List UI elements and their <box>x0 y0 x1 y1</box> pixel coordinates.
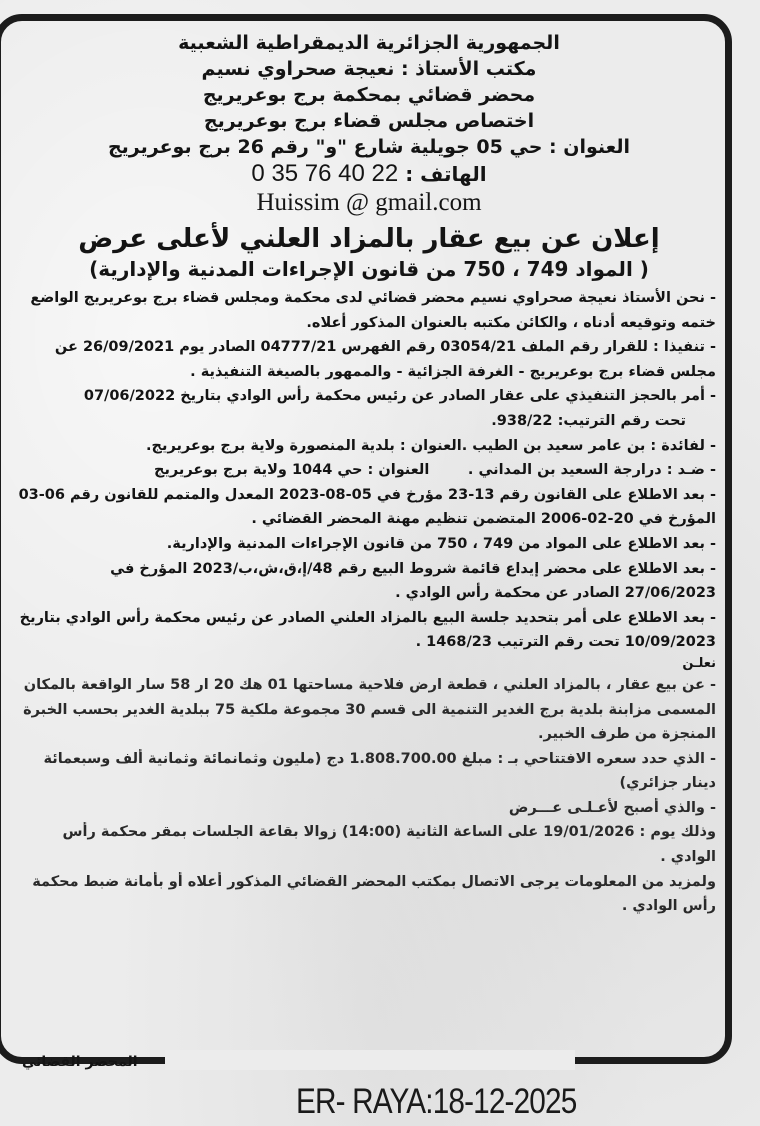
office-address: العنوان : حي 05 جويلية شارع "و" رقم 26 ب… <box>14 134 724 160</box>
email-address: Huissim @ gmail.com <box>14 188 724 218</box>
jurisdiction: اختصاص مجلس قضاء برج بوعريريج <box>14 108 724 134</box>
sale-session-order: - بعد الاطلاع على أمر بتحديد جلسة البيع … <box>14 606 716 655</box>
office-name: مكتب الأستاذ : نعيجة صحراوي نسيم <box>14 56 724 82</box>
phone-label: الهاتف : <box>405 162 486 186</box>
property-description: - عن بيع عقار ، بالمزاد العلني ، قطعة ار… <box>14 673 716 747</box>
bailiff-signature: المحضر القضائي <box>22 1054 138 1070</box>
newspaper-date-stamp: ER- RAYA:18-12-2025 <box>296 1082 576 1122</box>
phone-number: 0 35 76 40 22 <box>251 160 398 187</box>
notice-body: - نحن الأستاذ نعيجة صحراوي نسيم محضر قضا… <box>14 286 724 919</box>
republic-name: الجمهورية الجزائرية الديمقراطية الشعبية <box>14 30 724 56</box>
law-reference: - بعد الاطلاع على القانون رقم 13-23 مؤرخ… <box>14 483 716 532</box>
beneficiary-address: العنوان : بلدية المنصورة ولاية برج بوعري… <box>6 434 462 459</box>
bailiff-court: محضر قضائي بمحكمة برج بوعريريج <box>14 82 724 108</box>
seizure-order: - أمر بالحجز التنفيذي على عقار الصادر عن… <box>14 384 716 409</box>
beneficiary-name: - لفائدة : بن عامر سعيد بن الطيب . <box>462 434 716 459</box>
defendant-address: العنوان : حي 1044 ولاية برج بوعريريج <box>14 458 429 483</box>
defendant-name: - ضـد : درارجة السعيد بن المداني . <box>468 458 716 483</box>
announce-label: نعلـن <box>14 655 716 673</box>
seizure-order-number: تحت رقم الترتيب: 938/22. <box>14 409 716 434</box>
footer-border-gap <box>165 1050 575 1070</box>
bailiff-statement: - نحن الأستاذ نعيجة صحراوي نسيم محضر قضا… <box>14 286 716 335</box>
notice-title: إعلان عن بيع عقار بالمزاد العلني لأعلى ع… <box>14 222 724 256</box>
execution-decision: - تنفيذا : للقرار رقم الملف 03054/21 رقم… <box>14 335 716 384</box>
highest-bid-note: - والذي أصبح لأعـلـى عـــرض <box>14 796 716 821</box>
legal-notice: الجمهورية الجزائرية الديمقراطية الشعبية … <box>14 30 724 919</box>
articles-reference: - بعد الاطلاع على المواد من 749 ، 750 من… <box>14 532 716 557</box>
contact-info: ولمزيد من المعلومات يرجى الاتصال بمكتب ا… <box>14 870 716 919</box>
sale-conditions-deposit: - بعد الاطلاع على محضر إيداع قائمة شروط … <box>14 557 716 606</box>
beneficiary-row: - لفائدة : بن عامر سعيد بن الطيب . العنو… <box>14 434 716 459</box>
notice-subtitle: ( المواد 749 ، 750 من قانون الإجراءات ال… <box>14 256 724 282</box>
opening-price: - الذي حدد سعره الافتتاحي بـ : مبلغ 1.80… <box>14 747 716 796</box>
defendant-row: - ضـد : درارجة السعيد بن المداني . العنو… <box>14 458 716 483</box>
bailiff-office-header: الجمهورية الجزائرية الديمقراطية الشعبية … <box>14 30 724 218</box>
phone-line: الهاتف : 0 35 76 40 22 <box>14 160 724 188</box>
auction-date-time: وذلك يوم : 19/01/2026 على الساعة الثانية… <box>14 820 716 869</box>
